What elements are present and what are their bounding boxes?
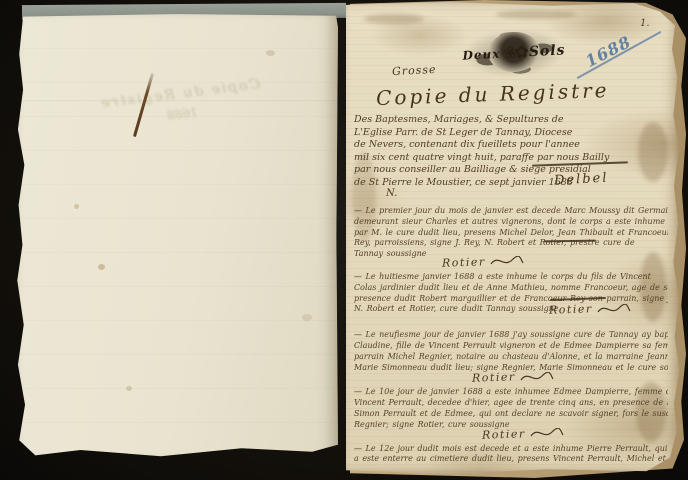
ink-strikethrough [532, 161, 628, 166]
manuscript-line: — Le 12e jour dudit mois est decede et a… [354, 444, 668, 455]
entry-lines: — Le 12e jour dudit mois est decede et a… [354, 444, 668, 466]
manuscript-line: par M. le cure dudit lieu, presens Miche… [354, 228, 668, 239]
signature-flourish-icon [520, 372, 554, 384]
register-entry: — Le 12e jour dudit mois est decede et a… [354, 444, 668, 466]
register-entry: — Le neufiesme jour de janvier 1688 j'ay… [354, 330, 668, 384]
signature-row: Rotier [472, 371, 668, 384]
signature-row: Rotier [482, 428, 668, 441]
signature: Rotier [442, 255, 486, 270]
manuscript-line: Simon Perrault et de Edmee, qui ont decl… [354, 409, 668, 420]
left-blank-page: Copie du Registre 1688 [16, 14, 338, 458]
signature-flourish-icon [490, 256, 524, 268]
bleed-smudge [638, 122, 668, 182]
showthrough-text: Copie du Registre 1688 [84, 73, 277, 136]
paper-stain [266, 50, 275, 56]
bleed-smudge [364, 14, 424, 24]
bleed-smudge [352, 152, 376, 242]
register-entry: — Le huitiesme janvier 1688 a este inhum… [354, 272, 668, 316]
manuscript-line: mil six cent quatre vingt huit, paraffe … [354, 152, 666, 165]
stamp-ornament-core [487, 31, 541, 74]
heading-grosse: Grosse [392, 63, 437, 78]
manuscript-line: N. Robert et Rotier, cure dudit Tannay s… [354, 304, 668, 315]
manuscript-line: — Le neufiesme jour de janvier 1688 j'ay… [354, 330, 668, 341]
ink-stroke [133, 73, 154, 137]
showthrough-line: Copie du Registre [84, 73, 275, 116]
tax-stamp: Deux ❀✿ Sols [449, 23, 580, 84]
paper-stain [98, 264, 105, 270]
manuscript-line: — Le premier jour du mois de janvier est… [354, 206, 668, 217]
manuscript-line: Vincent Perrault, decedee d'hier, agee d… [354, 398, 668, 409]
signature: Rotier [472, 371, 516, 386]
bleed-smudge [496, 10, 576, 19]
stamp-word-right: Sols [528, 42, 565, 60]
year-annotation: 1688 [582, 32, 634, 71]
entry-lines: — Le huitiesme janvier 1688 a este inhum… [354, 272, 668, 315]
manuscript-line: Des Baptesmes, Mariages, & Sepultures de [354, 114, 666, 127]
manuscript-line: par nous conseiller au Bailliage & siege… [354, 164, 666, 177]
manuscript-line: presence dudit Robert marguillier et de … [354, 294, 668, 305]
register-entry: — Le premier jour du mois de janvier est… [354, 206, 668, 269]
heading-block: Des Baptesmes, Mariages, & Sepultures de… [354, 114, 666, 189]
signature-flourish-icon [597, 304, 631, 316]
manuscript-line: Claudine, fille de Vincent Perrault vign… [354, 341, 668, 352]
manuscript-line: Colas jardinier dudit lieu et de Anne Ma… [354, 283, 668, 294]
signature-row: Rotier [442, 256, 668, 269]
clerk-signature: Delbel [554, 171, 609, 189]
manuscript-scan: Copie du Registre 1688 1. Deux ❀✿ Sols 1… [0, 0, 688, 480]
manuscript-line: de St Pierre le Moustier, ce sept janvie… [354, 177, 666, 190]
stamp-flower-icon: ❀✿ [503, 42, 527, 63]
manuscript-line: Regnier; signe Rotier, cure soussigne [354, 420, 668, 431]
ink-strikethrough [544, 240, 596, 243]
entry-lines: — Le 10e jour de janvier 1688 a este inh… [354, 387, 668, 430]
manuscript-line: Rey, parroissiens, signe J. Rey, N. Robe… [354, 238, 668, 249]
signature-row: Rotier [549, 303, 668, 316]
bleed-smudge [636, 382, 666, 442]
year-flourish-stroke [577, 31, 662, 79]
paper-stain [302, 314, 312, 321]
manuscript-line: Tannay soussigne [354, 249, 668, 260]
showthrough-line: 1688 [87, 92, 278, 135]
register-entries: — Le premier jour du mois de janvier est… [354, 206, 668, 465]
register-entry: — Le 10e jour de janvier 1688 a este inh… [354, 387, 668, 440]
bleed-smudge [640, 252, 666, 322]
heading-title: Copie du Registre [376, 78, 610, 110]
entry-lines: — Le premier jour du mois de janvier est… [354, 206, 668, 260]
paper-stain [126, 386, 132, 391]
manuscript-line: de Nevers, contenant dix fueillets pour … [354, 139, 666, 152]
signature: Rotier [482, 427, 526, 442]
manuscript-line: Marie Simonneau dudit lieu; signe Regnie… [354, 363, 668, 374]
entry-lines: — Le neufiesme jour de janvier 1688 j'ay… [354, 330, 668, 373]
manuscript-line: L'Eglise Parr. de St Leger de Tannay, Di… [354, 127, 666, 140]
manuscript-line: demeurant sieur Charles et autres vigner… [354, 217, 668, 228]
stamp-word-left: Deux [462, 47, 501, 63]
manuscript-line: a este enterre au cimetiere dudit lieu, … [354, 454, 668, 465]
page-number: 1. [640, 18, 650, 29]
manuscript-page: 1. Deux ❀✿ Sols 1688 Grosse Copie du Reg… [346, 2, 680, 474]
manuscript-line: — Le huitiesme janvier 1688 a este inhum… [354, 272, 668, 283]
manuscript-line: — Le 10e jour de janvier 1688 a este inh… [354, 387, 668, 398]
paper-stain [74, 204, 79, 209]
manuscript-line: parrain Michel Regnier, notaire au chast… [354, 352, 668, 363]
signature-flourish-icon [530, 428, 564, 440]
ink-strikethrough [550, 297, 606, 301]
signature: Rotier [549, 302, 593, 317]
margin-mark: N. [386, 188, 397, 199]
